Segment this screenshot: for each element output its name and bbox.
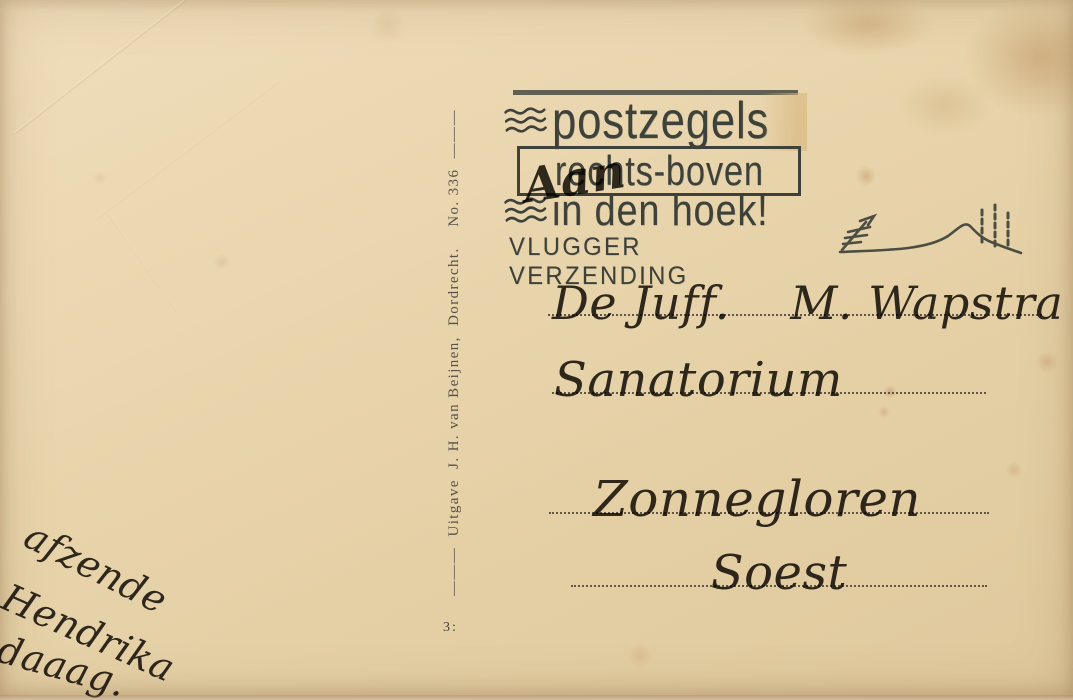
postcard: ——— Uitgave J. H. van Beijnen, Dordrecht… [0,0,1073,700]
address-line-city: Soest [571,524,987,587]
address-line-place: Zonnegloren [549,448,989,514]
publisher-imprint: ——— Uitgave J. H. van Beijnen, Dordrecht… [446,56,476,650]
place-text: Zonnegloren [593,474,921,524]
cancel-slogan-row1: postzegels [505,95,811,147]
crease-line [14,0,185,134]
crease-line [96,80,281,220]
address-line-recipient: De Juff. M. Wapstra [548,250,1042,316]
printer-mark: 3: [443,620,458,636]
institution-text: Sanatorium [554,356,843,404]
cancel-slogan-line1: postzegels [552,95,769,147]
recipient-name-text: De Juff. M. Wapstra [552,280,1063,326]
envelope-graphic [830,180,1026,260]
address-line-institution: Sanatorium [552,330,986,394]
card-edge [0,695,1073,700]
crease-line [106,212,179,316]
city-text: Soest [571,549,987,597]
wavy-cancel-lines-icon [504,105,548,138]
